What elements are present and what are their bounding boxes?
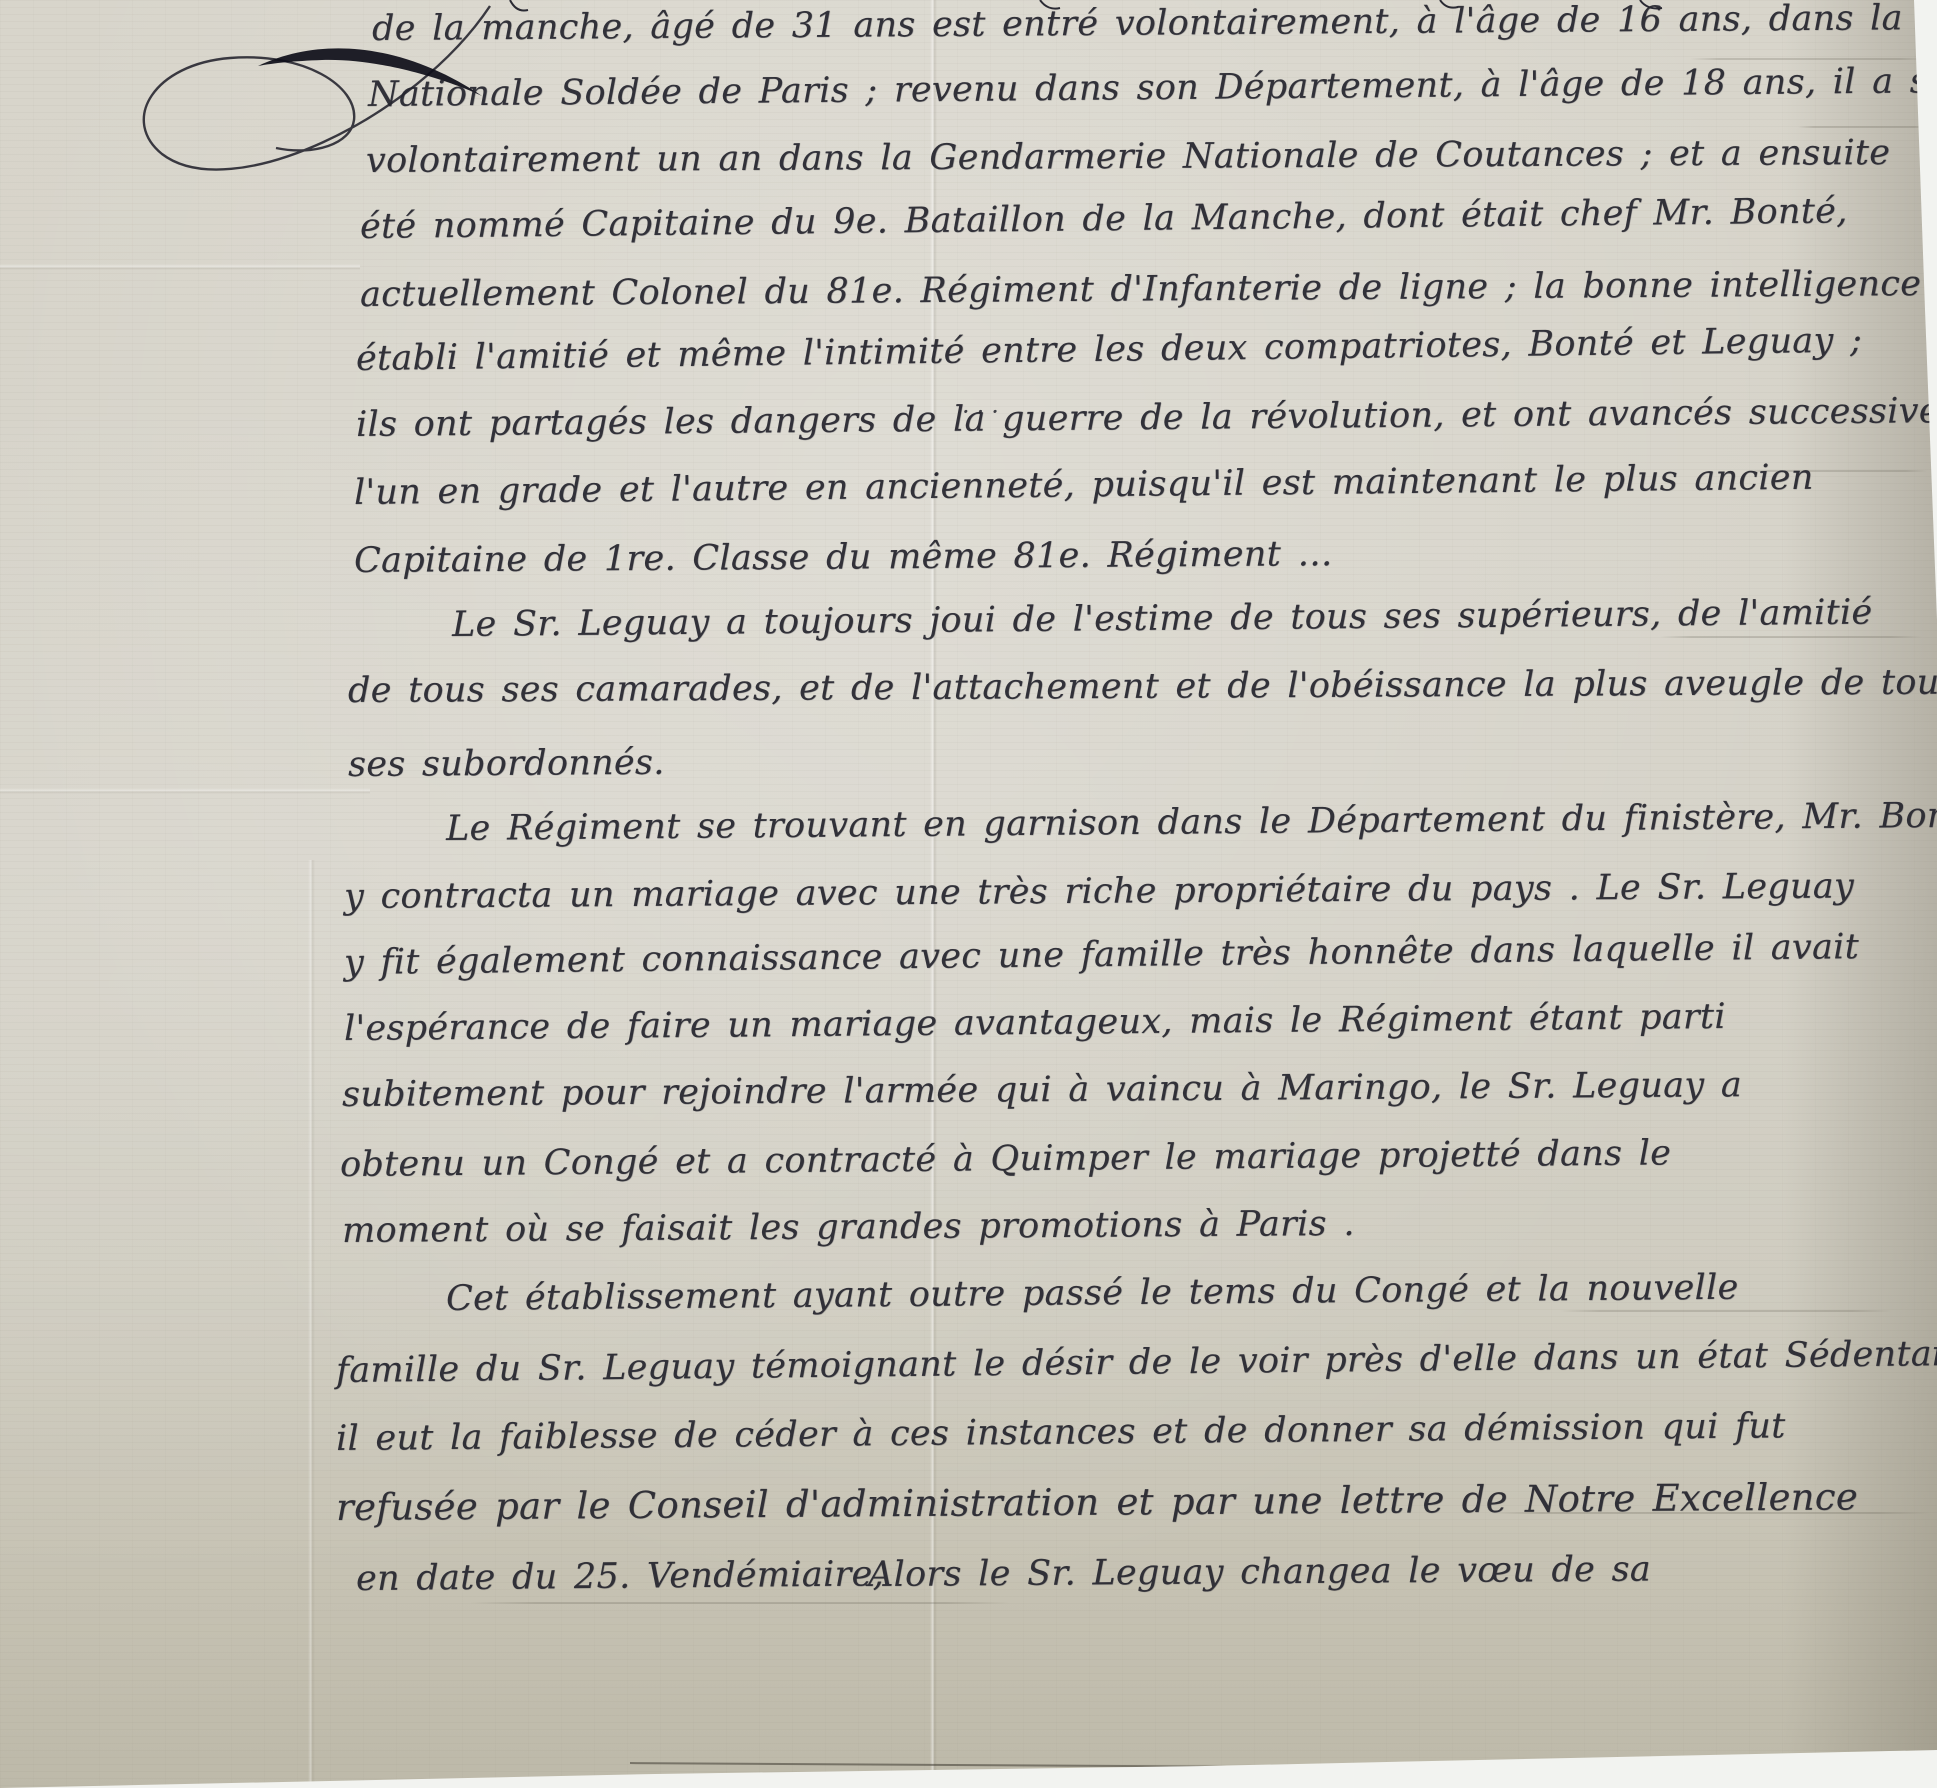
fold-crease-vertical — [308, 860, 315, 1788]
manuscript-line: Le Sr. Leguay a toujours joui de l'estim… — [452, 594, 1873, 645]
manuscript-line: en date du 25. Vendémiaire, — [356, 1555, 884, 1598]
manuscript-line: établi l'amitié et même l'intimité entre… — [356, 322, 1862, 379]
pencil-guideline — [470, 1602, 1010, 1604]
manuscript-line: actuellement Colonel du 81e. Régiment d'… — [360, 265, 1937, 315]
manuscript-line: refusée par le Conseil d'administration … — [336, 1477, 1858, 1528]
manuscript-line: il eut la faiblesse de céder à ces insta… — [336, 1407, 1786, 1458]
manuscript-line: y contracta un mariage avec une très ric… — [344, 867, 1854, 916]
fold-crease-horizontal — [0, 788, 370, 794]
manuscript-line: Nationale Soldée de Paris ; revenu dans … — [368, 62, 1937, 115]
pencil-guideline — [1660, 636, 1922, 638]
manuscript-line: subitement pour rejoindre l'armée qui à … — [342, 1066, 1742, 1114]
manuscript-line: moment où se faisait les grandes promoti… — [342, 1205, 1355, 1251]
manuscript-line: été nommé Capitaine du 9e. Bataillon de … — [360, 192, 1848, 246]
manuscript-line: de la manche, âgé de 31 ans est entré vo… — [372, 0, 1937, 48]
manuscript-line: Cet établissement ayant outre passé le t… — [446, 1269, 1739, 1319]
manuscript-page: de la manche, âgé de 31 ans est entré vo… — [0, 0, 1937, 1788]
manuscript-line: Alors le Sr. Leguay changea le vœu de sa — [868, 1551, 1651, 1595]
fold-crease-horizontal — [0, 264, 360, 270]
manuscript-line: famille du Sr. Leguay témoignant le dési… — [336, 1335, 1937, 1391]
pencil-bottom-edge — [630, 1762, 1270, 1768]
manuscript-line: l'espérance de faire un mariage avantage… — [344, 998, 1726, 1049]
manuscript-line: volontairement un an dans la Gendarmerie… — [366, 134, 1890, 180]
manuscript-line: Capitaine de 1re. Classe du même 81e. Ré… — [354, 535, 1333, 580]
pencil-guideline — [1690, 58, 1928, 60]
manuscript-line: y fit également connaissance avec une fa… — [344, 928, 1859, 982]
manuscript-line: ses subordonnés. — [348, 744, 665, 785]
pencil-guideline — [1560, 1310, 1892, 1312]
manuscript-line: obtenu un Congé et a contracté à Quimper… — [340, 1134, 1672, 1184]
manuscript-line: ils ont partagés les dangers de la guerr… — [356, 391, 1937, 444]
pencil-guideline — [1798, 126, 1930, 128]
photo-of-document: de la manche, âgé de 31 ans est entré vo… — [0, 0, 1937, 1788]
ink-dots: ··· — [962, 398, 1006, 426]
manuscript-line: l'un en grade et l'autre en ancienneté, … — [354, 459, 1814, 513]
manuscript-line: de tous ses camarades, et de l'attacheme… — [348, 664, 1937, 711]
manuscript-line: Le Régiment se trouvant en garnison dans… — [446, 797, 1937, 849]
